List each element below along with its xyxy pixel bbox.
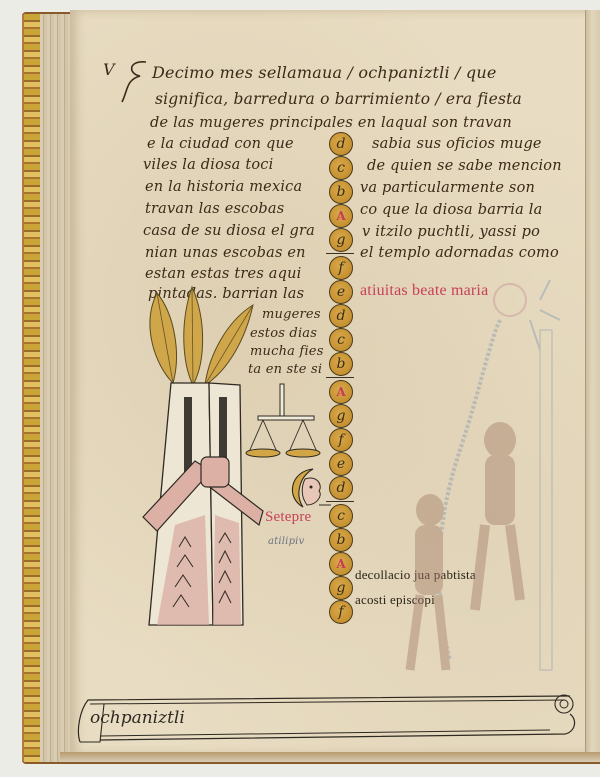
day-letter: g [329, 404, 353, 428]
day-letter: c [329, 328, 353, 352]
right-text-line-1: sabia sus oficios muge [372, 137, 542, 152]
day-letter: f [329, 600, 353, 624]
day-divider [326, 377, 354, 378]
day-letter: b [329, 180, 353, 204]
day-letter: b [329, 352, 353, 376]
day-letter: e [329, 280, 353, 304]
page-stack [40, 14, 72, 762]
text-line-4: e la ciudad con que [147, 137, 294, 152]
bottom-page-edge [60, 752, 600, 762]
day-letter: g [329, 576, 353, 600]
day-letter: d [329, 132, 353, 156]
text-line-9: nian unas escobas en [145, 246, 306, 261]
day-letter-dominical: A [329, 552, 353, 576]
text-line-2: significa, barredura o barrimiento / era… [155, 92, 522, 108]
text-line-7: travan las escobas [145, 202, 284, 217]
month-label: Setepre [265, 510, 311, 525]
faint-climbing-figures [390, 280, 590, 680]
right-text-line-3: va particularmente son [360, 181, 535, 196]
day-letter: f [329, 256, 353, 280]
text-line-8: casa de su diosa el gra [143, 224, 315, 239]
day-letter-dominical: A [329, 204, 353, 228]
balance-scale-icon [243, 382, 323, 462]
gilt-page-edge [22, 14, 42, 762]
banner-title: ochpaniztli [90, 708, 185, 728]
day-divider [326, 253, 354, 254]
day-letter: b [329, 528, 353, 552]
day-letter: g [329, 228, 353, 252]
right-text-line-4: co que la diosa barria la [360, 203, 542, 218]
text-line-6: en la historia mexica [145, 180, 302, 195]
day-letter: c [329, 156, 353, 180]
text-line-5: viles la diosa toci [143, 158, 273, 173]
right-text-line-2: de quien se sabe mencion [367, 159, 562, 174]
gray-annotation: atilipiv [268, 537, 304, 547]
text-line-3: de las mugeres principales en laqual son… [150, 116, 512, 131]
right-text-line-6: el templo adornadas como [360, 246, 559, 261]
margin-mark: V [103, 62, 115, 78]
moon-face-icon [285, 465, 335, 511]
day-letter: d [329, 304, 353, 328]
day-letter-dominical: A [329, 380, 353, 404]
text-line-10: estan estas tres aqui [145, 267, 301, 282]
text-line-1: Decimo mes sellamaua / ochpaniztli / que [152, 65, 497, 81]
bracket-flourish-icon [118, 58, 154, 108]
right-text-line-5: v itzilo puchtli, yassi po [362, 225, 540, 240]
text-line-12: mugeres [262, 308, 321, 321]
day-letter: f [329, 428, 353, 452]
